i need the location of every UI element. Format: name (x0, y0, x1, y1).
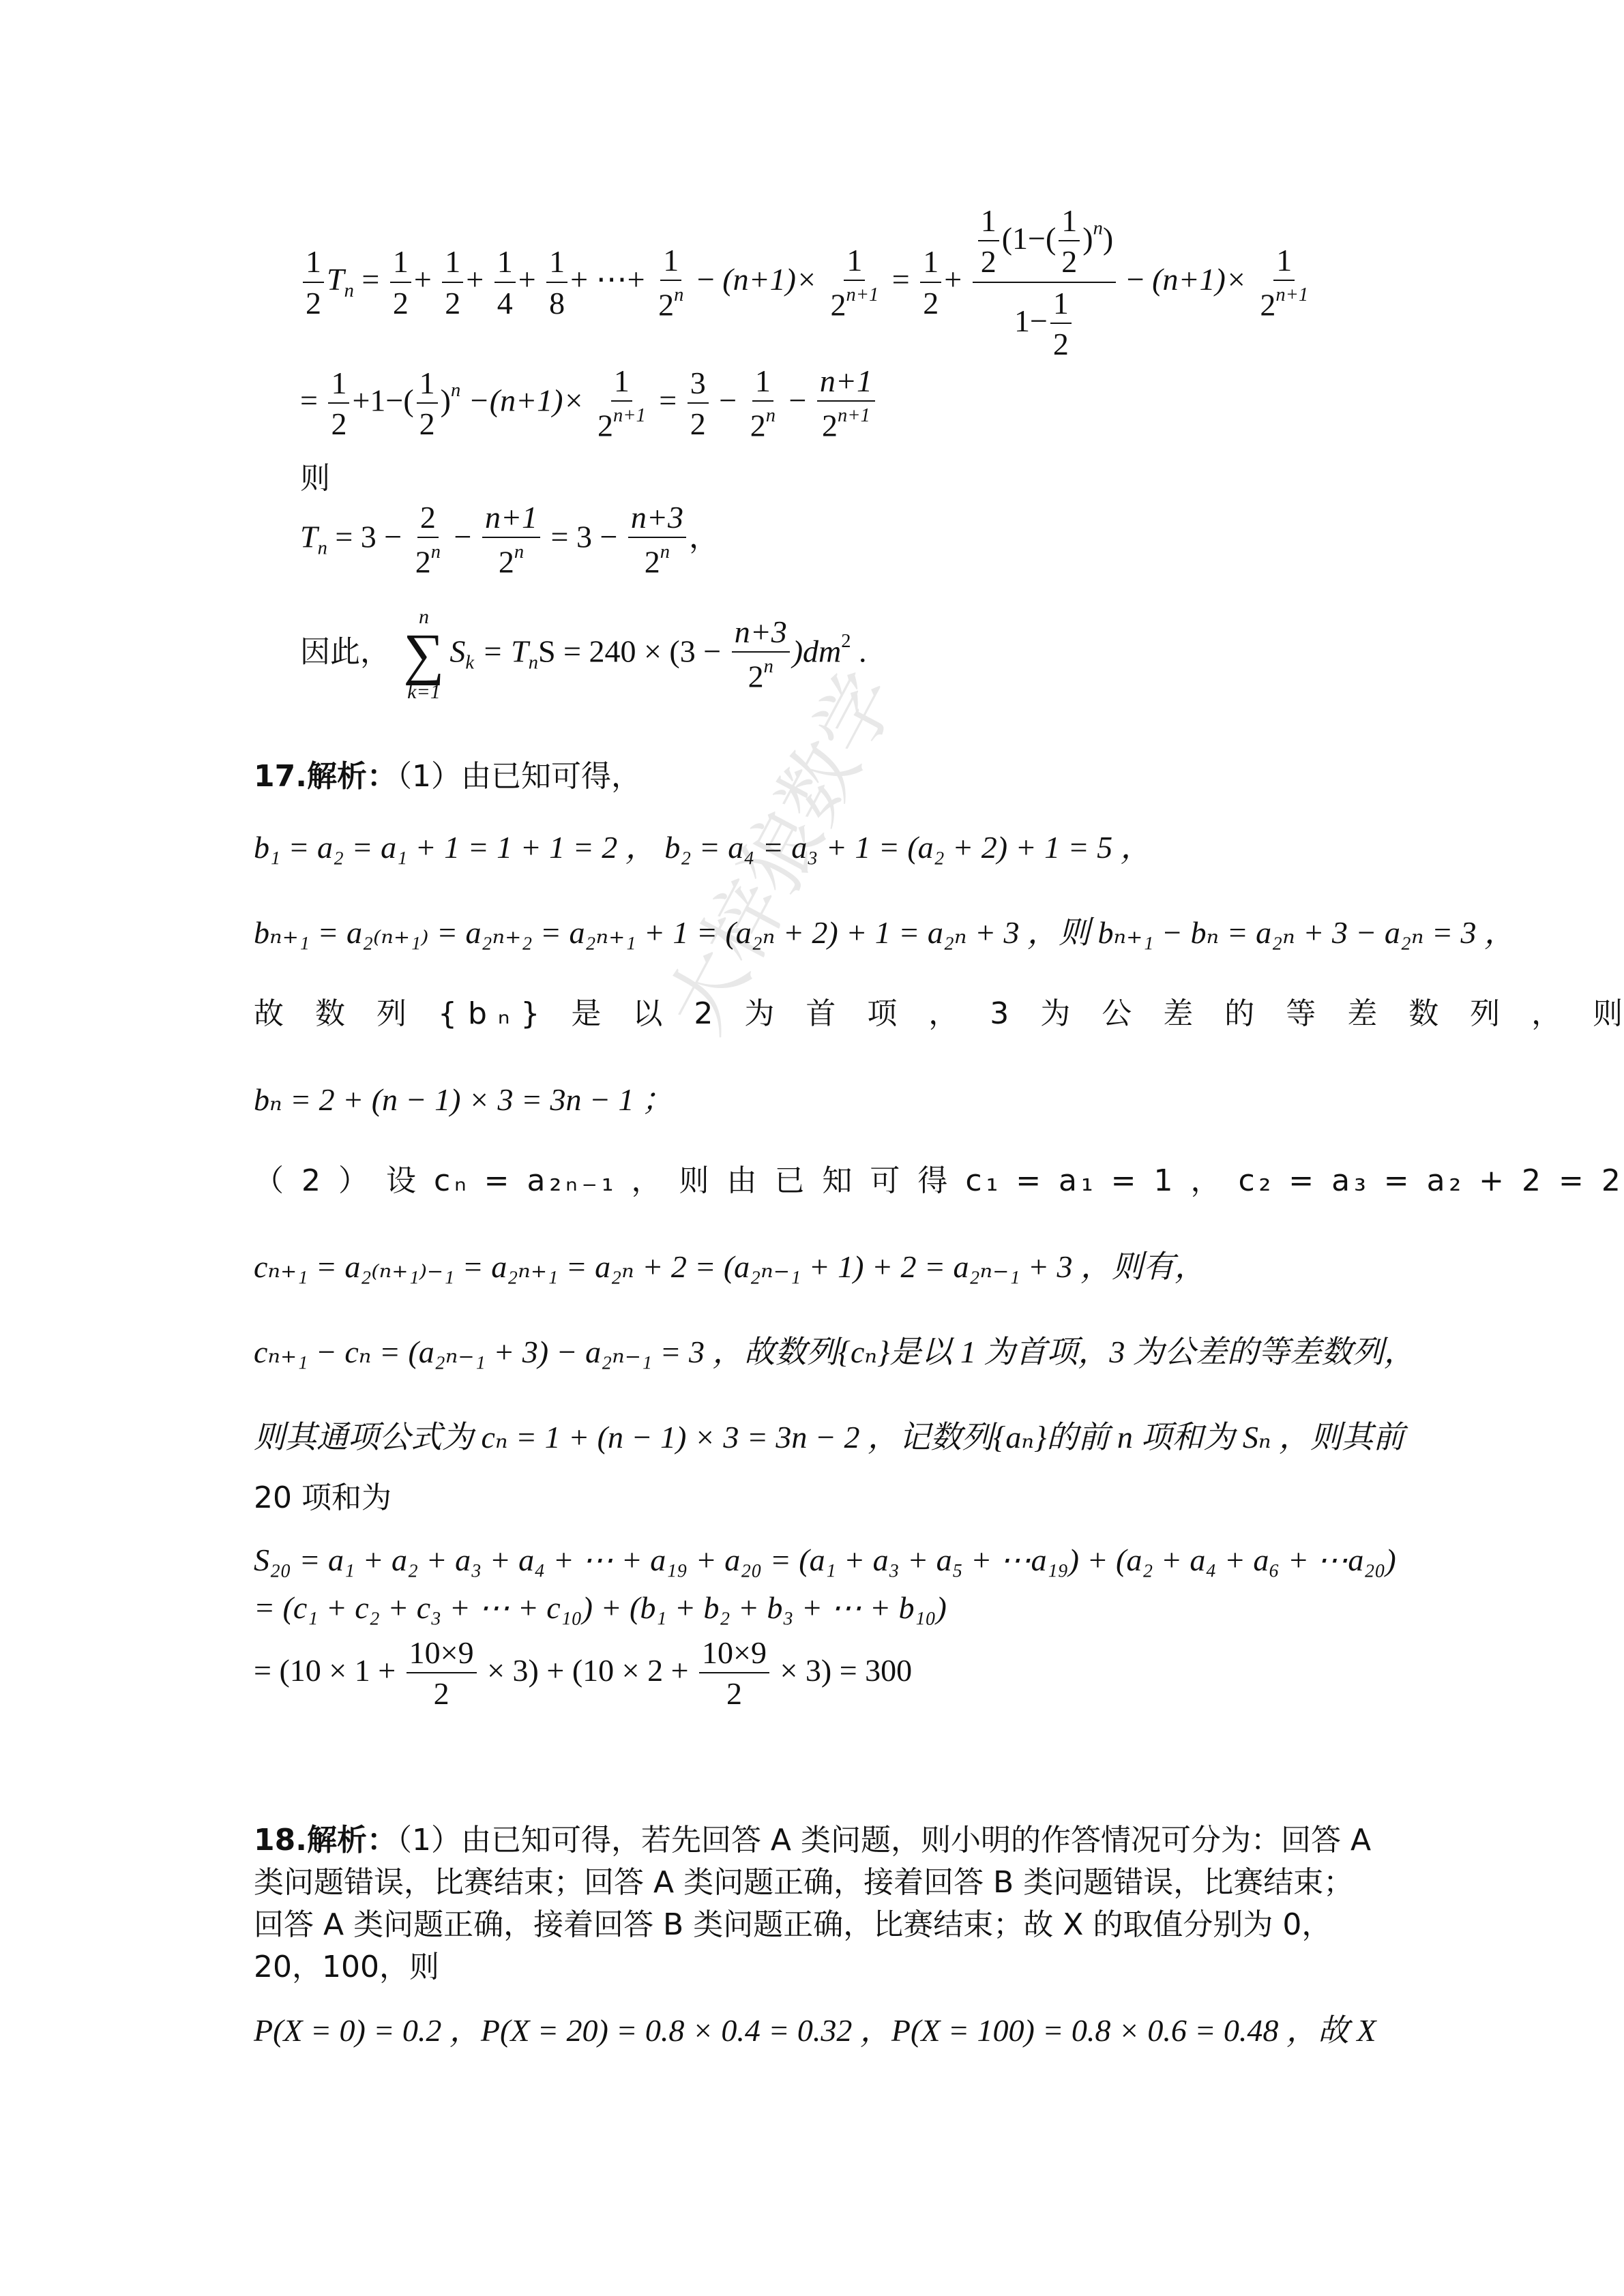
q17-twenty-label: 20 项和为 (254, 1483, 392, 1513)
q17-bn1-line: bₙ₊₁ = a₂₍ₙ₊₁₎ = a₂ₙ₊₂ = a₂ₙ₊₁ + 1 = (a₂… (254, 917, 1516, 949)
q17-s20-line3: = (10 × 1 + 10×92 × 3) + (10 × 2 + 10×92… (254, 1637, 912, 1711)
q17-cn-diff-line: cₙ₊₁ − cₙ = (a₂ₙ₋₁ + 3) − a₂ₙ₋₁ = 3 ，故数列… (254, 1337, 1415, 1368)
eq-simplify: = 12+1−(12)n −(n+1)× 12n+1 = 32 − 12n − … (300, 365, 878, 443)
eq-half-tn: 12Tn = 12+ 12+ 14+ 18+ ⋯+ 12n − (n+1)× 1… (300, 205, 1314, 361)
q17-number: 17. (254, 759, 307, 794)
q17-s20-line2: = (c₁ + c₂ + c₃ + ⋯ + c₁₀) + (b₁ + b₂ + … (254, 1592, 947, 1624)
q17-b1-line: b₁ = a₂ = a₁ + 1 = 1 + 1 = 2 ， b₂ = a₄ =… (254, 832, 1152, 863)
q18-number: 18. (254, 1823, 307, 1858)
q17-heading: 17.解析：（1）由已知可得， (254, 762, 641, 792)
then-label: 则 (300, 464, 330, 494)
q17-cn1-line: cₙ₊₁ = a₂₍ₙ₊₁₎₋₁ = a₂ₙ₊₁ = a₂ₙ + 2 = (a₂… (254, 1251, 1206, 1283)
q17-bn-formula: bₙ = 2 + (n − 1) × 3 = 3n − 1 ； (254, 1084, 673, 1116)
q17-s20-line1: S₂₀ = a₁ + a₂ + a₃ + a₄ + ⋯ + a₁₉ + a₂₀ … (254, 1545, 1396, 1576)
q17-conclusion-b: 故 数 列 {bₙ} 是 以 2 为 首 项 ， 3 为 公 差 的 等 差 数… (254, 999, 1624, 1029)
eq-tn-result: Tn = 3 − 22n − n+12n = 3 − n+32n， (300, 501, 719, 579)
eq-sum-result: 因此， n∑k=1Sk = TnS = 240 × (3 − n+32n)dm2… (300, 607, 867, 702)
q18-prob-line: P(X = 0) = 0.2 ，P(X = 20) = 0.8 × 0.4 = … (254, 2015, 1376, 2046)
q18-paragraph: 18.解析：（1）由已知可得，若先回答 A 类问题，则小明的作答情况可分为：回答… (254, 1819, 1372, 1988)
sigma-symbol: n∑k=1 (404, 607, 445, 702)
q17-label: 解析： (307, 759, 397, 794)
q17-part2-intro: （ 2 ） 设 cₙ = a₂ₙ₋₁ ， 则 由 已 知 可 得 c₁ = a₁… (254, 1166, 1624, 1196)
q17-cn-formula-line: 则其通项公式为 cₙ = 1 + (n − 1) × 3 = 3n − 2 ，记… (254, 1422, 1404, 1453)
q18-label: 解析： (307, 1823, 397, 1858)
